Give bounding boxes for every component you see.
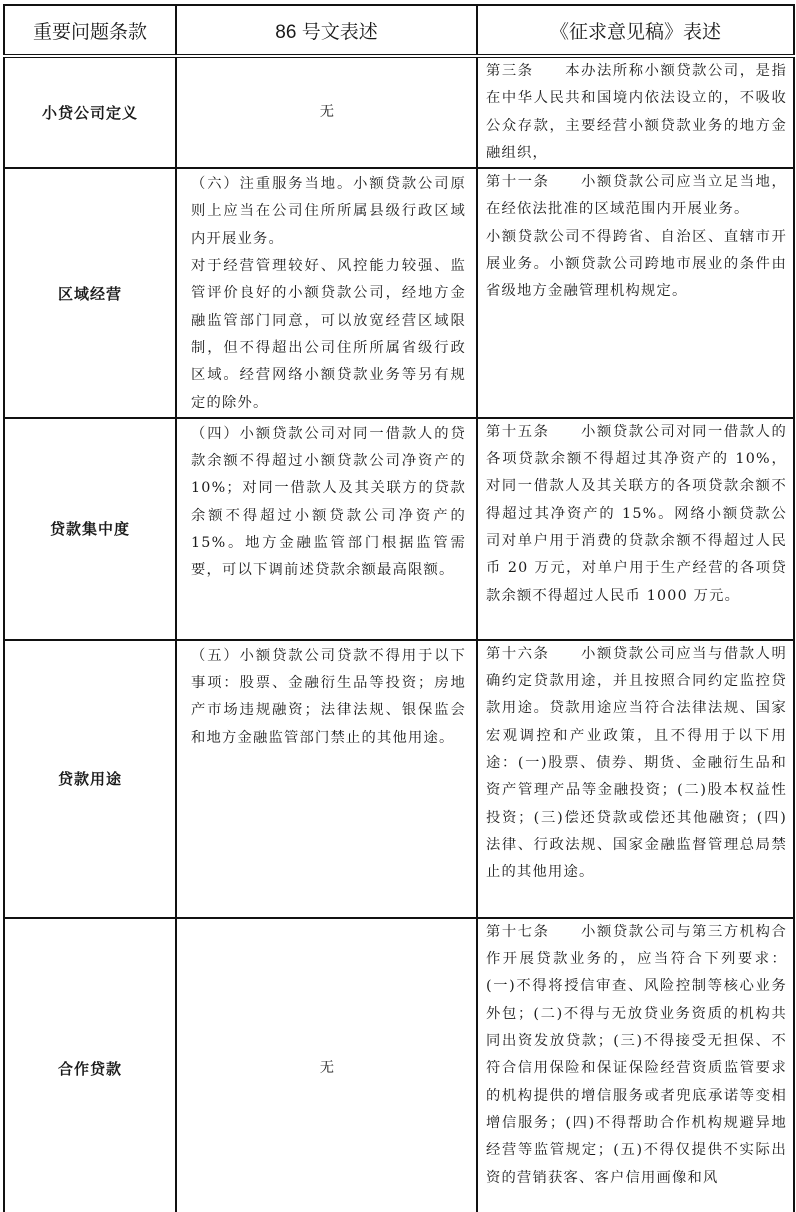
draft-cell: 第十一条 小额贷款公司应当立足当地，在经依法批准的区域范围内开展业务。 小额贷款… bbox=[477, 168, 794, 418]
doc86-text: 无 bbox=[185, 1055, 470, 1082]
draft-text: 第十一条 小额贷款公司应当立足当地，在经依法批准的区域范围内开展业务。 bbox=[486, 169, 787, 224]
doc86-text: 无 bbox=[185, 99, 470, 126]
comparison-table: 重要问题条款 86 号文表述 《征求意见稿》表述 小贷公司定义 无 第三条 本办… bbox=[3, 4, 795, 1212]
table-row: 小贷公司定义 无 第三条 本办法所称小额贷款公司，是指在中华人民共和国境内依法设… bbox=[4, 56, 794, 168]
draft-text: 第三条 本办法所称小额贷款公司，是指在中华人民共和国境内依法设立的，不吸收公众存… bbox=[486, 58, 787, 167]
table-row: 区域经营 （六）注重服务当地。小额贷款公司原则上应当在公司住所所属县级行政区域内… bbox=[4, 168, 794, 418]
table-row: 合作贷款 无 第十七条 小额贷款公司与第三方机构合作开展贷款业务的，应当符合下列… bbox=[4, 918, 794, 1212]
header-row: 重要问题条款 86 号文表述 《征求意见稿》表述 bbox=[4, 5, 794, 56]
topic-cell: 小贷公司定义 bbox=[4, 56, 176, 168]
topic-cell: 合作贷款 bbox=[4, 918, 176, 1212]
draft-text: 第十五条 小额贷款公司对同一借款人的各项贷款余额不得超过其净资产的 10%，对同… bbox=[486, 419, 787, 610]
doc86-cell: （六）注重服务当地。小额贷款公司原则上应当在公司住所所属县级行政区域内开展业务。… bbox=[176, 168, 477, 418]
header-topic: 重要问题条款 bbox=[4, 5, 176, 56]
doc86-text: 对于经营管理较好、风控能力较强、监管评价良好的小额贷款公司，经地方金融监管部门同… bbox=[191, 253, 466, 417]
doc86-cell: （四）小额贷款公司对同一借款人的贷款余额不得超过小额贷款公司净资产的 10%；对… bbox=[176, 418, 477, 640]
draft-text: 第十七条 小额贷款公司与第三方机构合作开展贷款业务的，应当符合下列要求：(一)不… bbox=[486, 919, 787, 1192]
doc86-cell: 无 bbox=[176, 56, 477, 168]
header-draft: 《征求意见稿》表述 bbox=[477, 5, 794, 56]
table-row: 贷款集中度 （四）小额贷款公司对同一借款人的贷款余额不得超过小额贷款公司净资产的… bbox=[4, 418, 794, 640]
draft-cell: 第十五条 小额贷款公司对同一借款人的各项贷款余额不得超过其净资产的 10%，对同… bbox=[477, 418, 794, 640]
table-row: 贷款用途 （五）小额贷款公司贷款不得用于以下事项：股票、金融衍生品等投资；房地产… bbox=[4, 640, 794, 918]
draft-cell: 第十六条 小额贷款公司应当与借款人明确约定贷款用途，并且按照合同约定监控贷款用途… bbox=[477, 640, 794, 918]
draft-text: 小额贷款公司不得跨省、自治区、直辖市开展业务。小额贷款公司跨地市展业的条件由省级… bbox=[486, 224, 787, 306]
draft-cell: 第十七条 小额贷款公司与第三方机构合作开展贷款业务的，应当符合下列要求：(一)不… bbox=[477, 918, 794, 1212]
doc86-text: （六）注重服务当地。小额贷款公司原则上应当在公司住所所属县级行政区域内开展业务。 bbox=[191, 171, 466, 253]
draft-cell: 第三条 本办法所称小额贷款公司，是指在中华人民共和国境内依法设立的，不吸收公众存… bbox=[477, 56, 794, 168]
doc86-cell: 无 bbox=[176, 918, 477, 1212]
topic-cell: 贷款用途 bbox=[4, 640, 176, 918]
topic-cell: 贷款集中度 bbox=[4, 418, 176, 640]
doc86-cell: （五）小额贷款公司贷款不得用于以下事项：股票、金融衍生品等投资；房地产市场违规融… bbox=[176, 640, 477, 918]
doc86-text: （五）小额贷款公司贷款不得用于以下事项：股票、金融衍生品等投资；房地产市场违规融… bbox=[191, 643, 466, 752]
draft-text: 第十六条 小额贷款公司应当与借款人明确约定贷款用途，并且按照合同约定监控贷款用途… bbox=[486, 641, 787, 887]
header-doc86: 86 号文表述 bbox=[176, 5, 477, 56]
topic-cell: 区域经营 bbox=[4, 168, 176, 418]
doc86-text: （四）小额贷款公司对同一借款人的贷款余额不得超过小额贷款公司净资产的 10%；对… bbox=[191, 421, 466, 585]
